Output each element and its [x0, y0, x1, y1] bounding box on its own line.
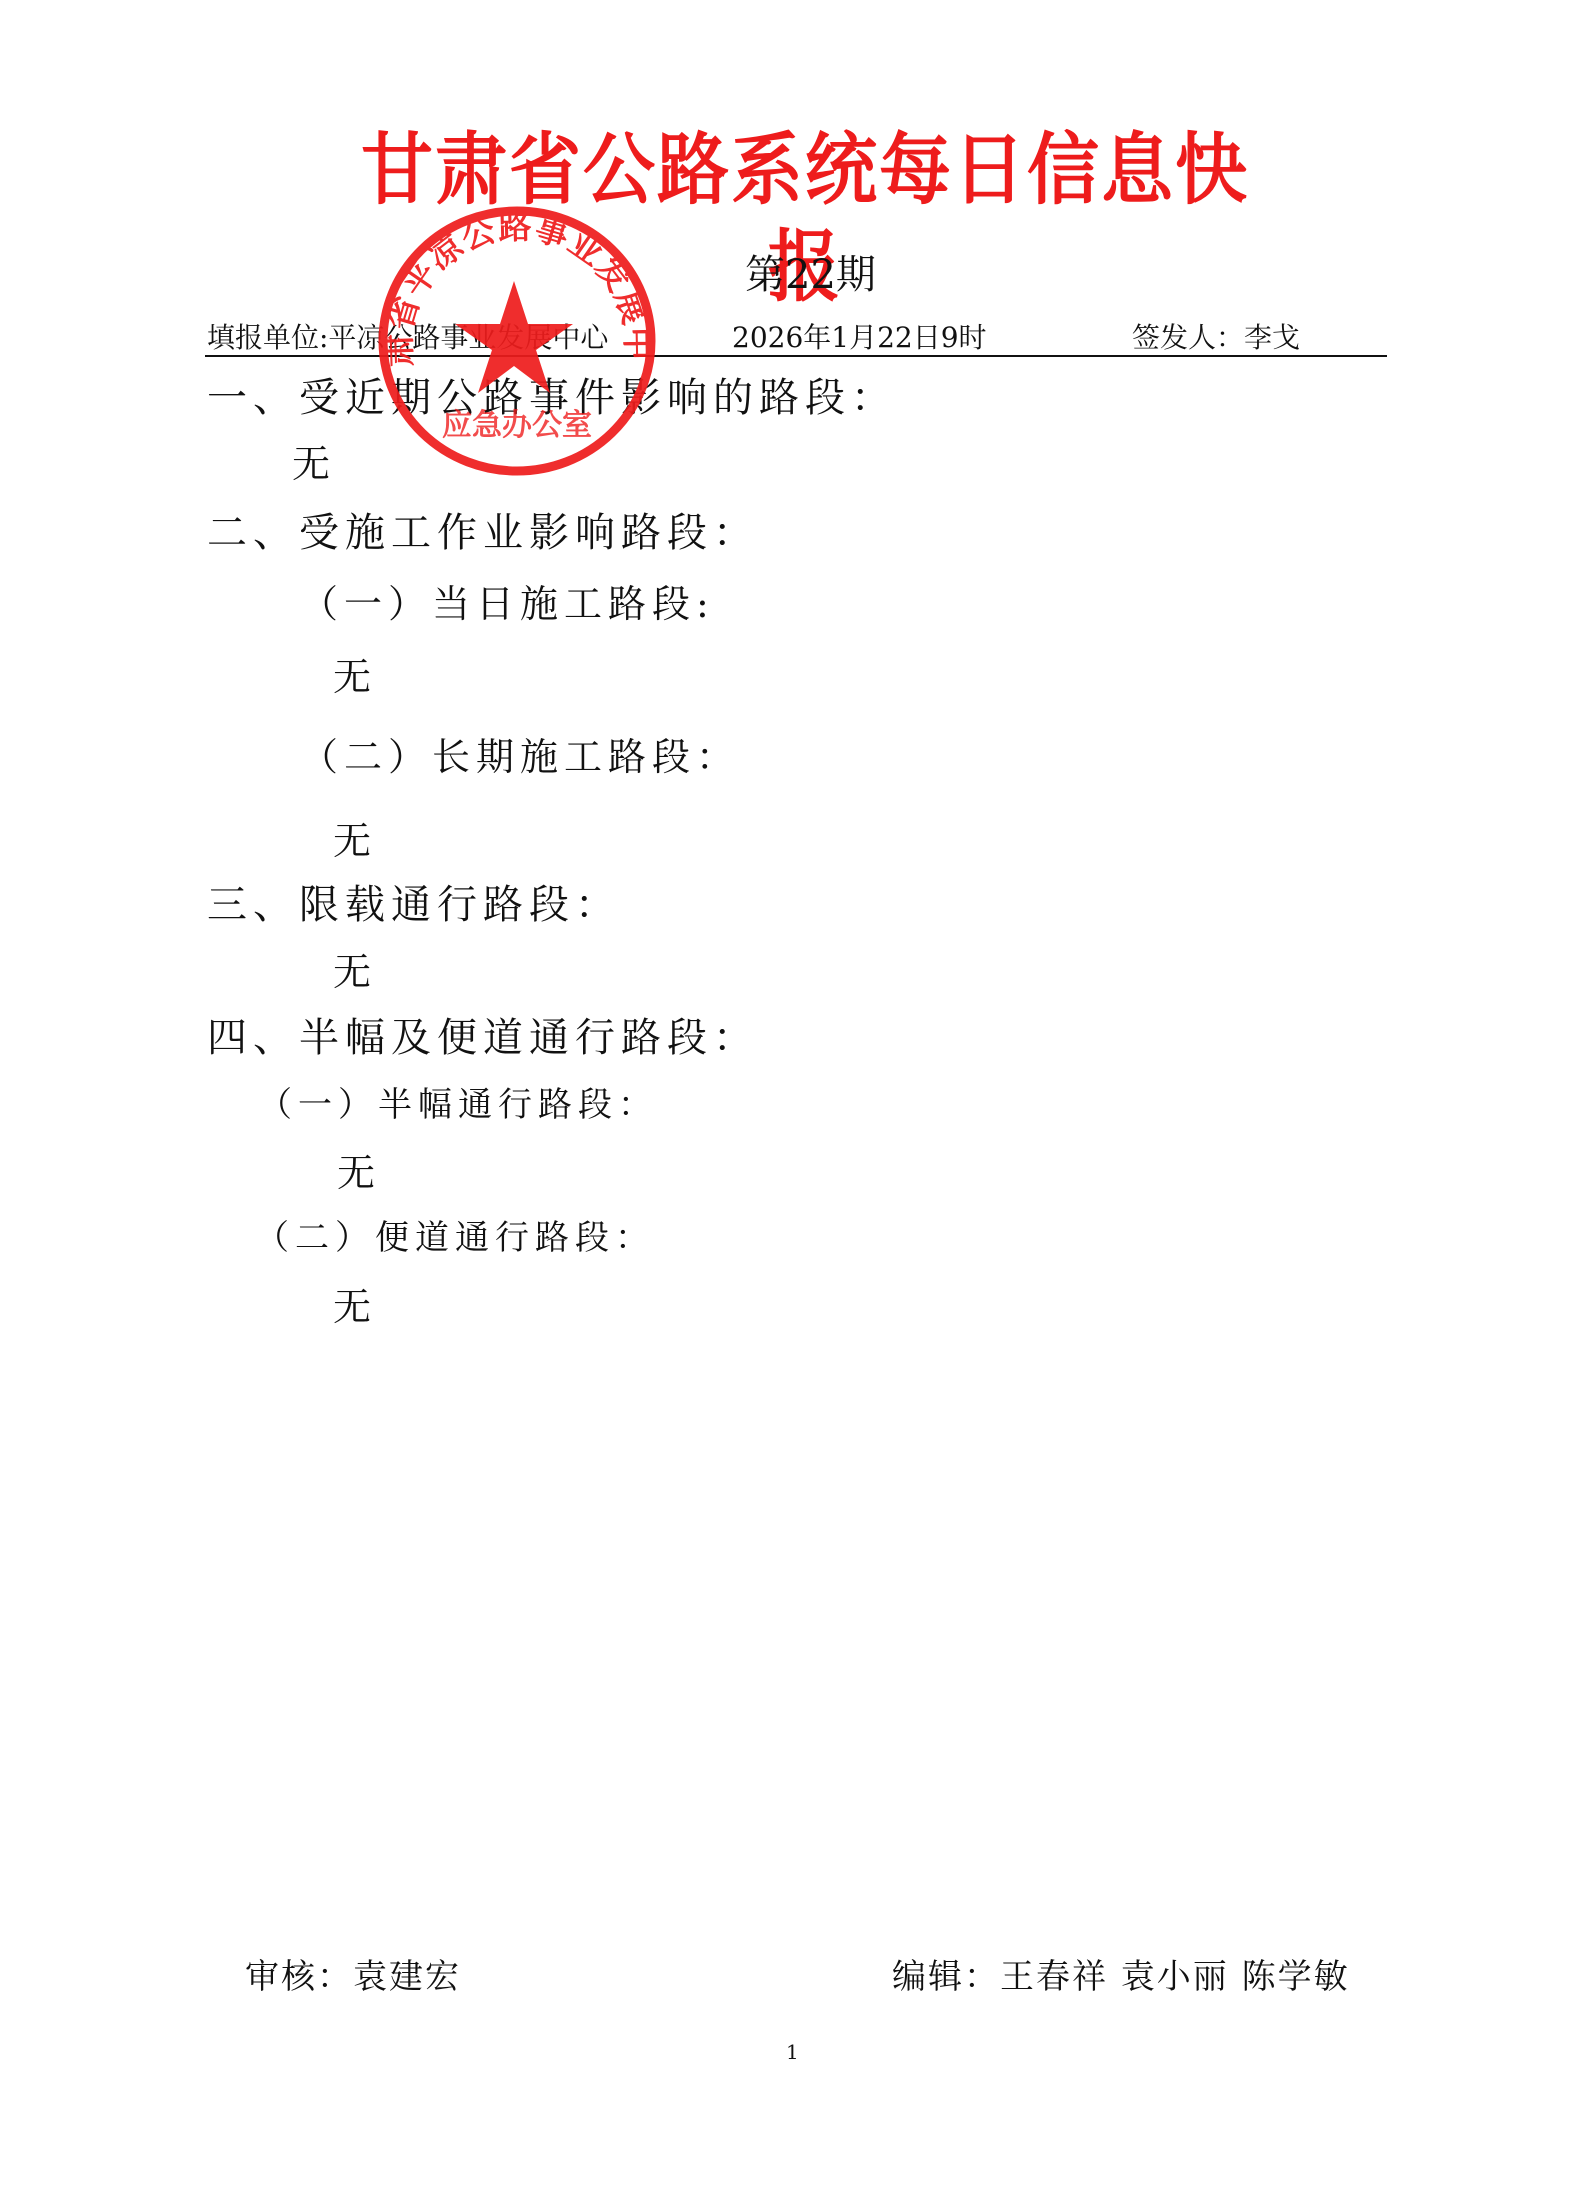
section-4-sub-2-value: 无	[333, 1283, 371, 1331]
section-2-sub-1-heading: （一）当日施工路段:	[300, 580, 715, 628]
section-4-sub-1-heading: （一）半幅通行路段：	[258, 1083, 658, 1127]
report-datetime: 2026年1月22日9时	[732, 320, 987, 356]
section-4-heading: 四、半幅及便道通行路段：	[207, 1013, 759, 1063]
reviewer: 审核：袁建宏	[245, 1955, 461, 1999]
section-2-sub-2-heading: （二）长期施工路段：	[300, 733, 740, 781]
section-3-value: 无	[333, 948, 371, 996]
editors: 编辑：王春祥 袁小丽 陈学敏	[892, 1955, 1350, 1999]
section-3-heading: 三、限载通行路段：	[207, 880, 621, 930]
section-2-sub-1-value: 无	[333, 653, 371, 701]
svg-text:应急办公室: 应急办公室	[442, 408, 592, 443]
section-2-heading: 二、受施工作业影响路段：	[207, 508, 759, 558]
section-2-sub-2-value: 无	[333, 817, 371, 865]
document-page: 甘肃省公路系统每日信息快报 第22期 填报单位:平凉公路事业发展中心 2026年…	[0, 0, 1587, 2195]
page-number: 1	[786, 2040, 799, 2064]
section-4-sub-2-heading: （二）便道通行路段：	[255, 1216, 655, 1260]
official-seal-icon: 甘肃省平凉公路事业发展中心 应急办公室	[375, 203, 659, 479]
issue-number: 第22期	[745, 250, 876, 300]
signer: 签发人：李戈	[1132, 320, 1300, 356]
section-1-value: 无	[292, 440, 330, 488]
section-4-sub-1-value: 无	[337, 1149, 375, 1197]
